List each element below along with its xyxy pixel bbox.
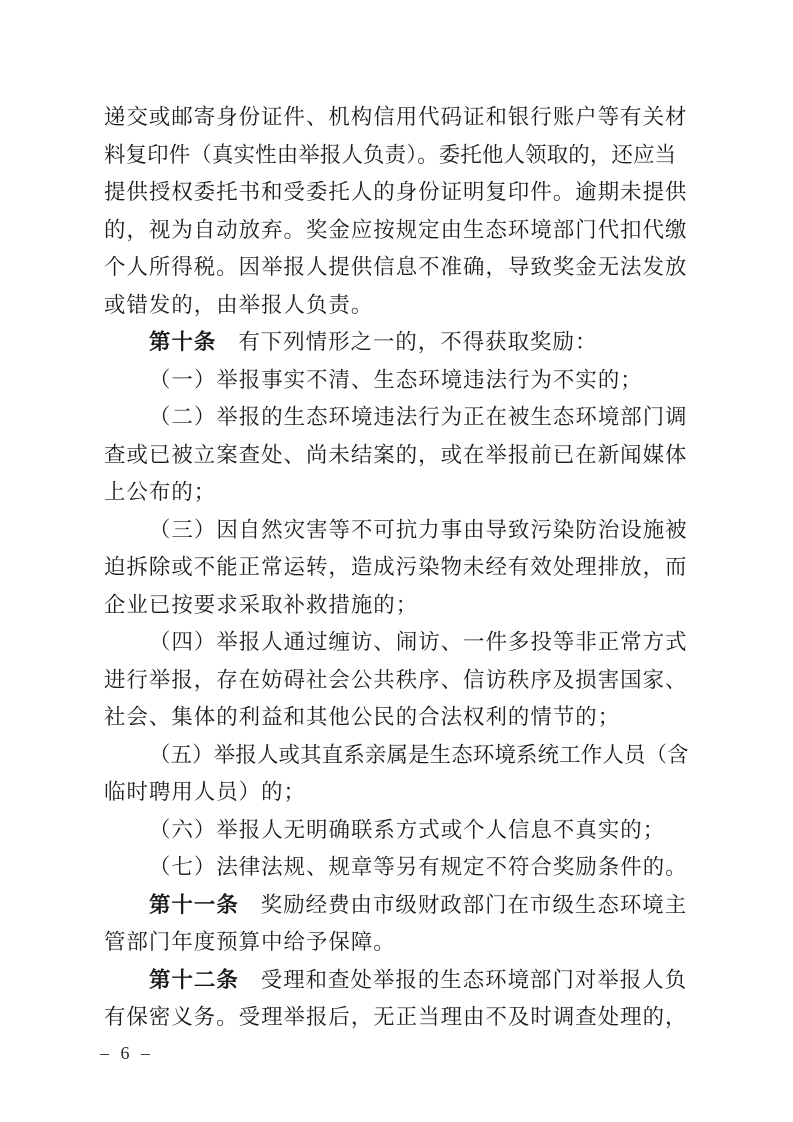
document-line: （一）举报事实不清、生态环境违法行为不实的； <box>104 362 704 400</box>
text-segment: 料复印件（真实性由举报人负责）。委托他人领取的，还应当 <box>104 143 676 167</box>
text-segment: 个人所得税。因举报人提供信息不准确，导致奖金无法发放 <box>104 255 687 279</box>
article-number-heading: 第十一条 <box>149 893 239 917</box>
text-segment: 有保密义务。受理举报后，无正当理由不及时调查处理的， <box>104 1005 687 1029</box>
document-line: 的，视为自动放弃。奖金应按规定由生态环境部门代扣代缴 <box>104 212 704 250</box>
document-line: 临时聘用人员）的； <box>104 774 704 812</box>
article-number-heading: 第十条 <box>149 330 216 354</box>
document-line: 进行举报，存在妨碍社会公共秩序、信访秩序及损害国家、 <box>104 662 704 700</box>
text-segment: （五）举报人或其直系亲属是生态环境系统工作人员（含 <box>149 743 689 767</box>
text-segment: 迫拆除或不能正常运转，造成污染物未经有效处理排放，而 <box>104 555 687 579</box>
text-segment: 社会、集体的利益和其他公民的合法权利的情节的； <box>104 705 620 729</box>
text-segment: 有下列情形之一的，不得获取奖励： <box>238 330 597 354</box>
text-segment: 临时聘用人员）的； <box>104 780 306 804</box>
document-line: 或错发的，由举报人负责。 <box>104 287 704 325</box>
document-line: 企业已按要求采取补救措施的； <box>104 587 704 625</box>
text-segment: （七）法律法规、规章等另有规定不符合奖励条件的。 <box>149 855 688 879</box>
document-line: 递交或邮寄身份证件、机构信用代码证和银行账户等有关材 <box>104 99 704 137</box>
document-line: （七）法律法规、规章等另有规定不符合奖励条件的。 <box>104 849 704 887</box>
document-line: （五）举报人或其直系亲属是生态环境系统工作人员（含 <box>104 737 704 775</box>
document-line: 提供授权委托书和受委托人的身份证明复印件。逾期未提供 <box>104 174 704 212</box>
document-line: 社会、集体的利益和其他公民的合法权利的情节的； <box>104 699 704 737</box>
text-segment: （二）举报的生态环境违法行为正在被生态环境部门调 <box>149 405 688 429</box>
document-line: 第十条有下列情形之一的，不得获取奖励： <box>104 324 704 362</box>
document-line: （三）因自然灾害等不可抗力事由导致污染防治设施被 <box>104 512 704 550</box>
document-line: 有保密义务。受理举报后，无正当理由不及时调查处理的， <box>104 999 704 1037</box>
document-line: （六）举报人无明确联系方式或个人信息不真实的； <box>104 812 704 850</box>
document-line: 第十一条奖励经费由市级财政部门在市级生态环境主 <box>104 887 704 925</box>
text-segment: （六）举报人无明确联系方式或个人信息不真实的； <box>149 818 665 842</box>
text-segment: 递交或邮寄身份证件、机构信用代码证和银行账户等有关材 <box>104 105 687 129</box>
text-segment: 提供授权委托书和受委托人的身份证明复印件。逾期未提供 <box>104 180 687 204</box>
text-segment: （四）举报人通过缠访、闹访、一件多投等非正常方式 <box>149 630 688 654</box>
text-segment: 或错发的，由举报人负责。 <box>104 293 373 317</box>
document-line: （四）举报人通过缠访、闹访、一件多投等非正常方式 <box>104 624 704 662</box>
text-segment: （一）举报事实不清、生态环境违法行为不实的； <box>149 368 643 392</box>
document-line: 查或已被立案查处、尚未结案的，或在举报前已在新闻媒体 <box>104 437 704 475</box>
page-number: – 6 – <box>100 1041 154 1065</box>
document-page: 递交或邮寄身份证件、机构信用代码证和银行账户等有关材料复印件（真实性由举报人负责… <box>0 0 793 1122</box>
document-line: 料复印件（真实性由举报人负责）。委托他人领取的，还应当 <box>104 137 704 175</box>
text-segment: 上公布的； <box>104 480 216 504</box>
document-line: （二）举报的生态环境违法行为正在被生态环境部门调 <box>104 399 704 437</box>
document-line: 上公布的； <box>104 474 704 512</box>
text-segment: 受理和查处举报的生态环境部门对举报人负 <box>261 968 687 992</box>
document-line: 迫拆除或不能正常运转，造成污染物未经有效处理排放，而 <box>104 549 704 587</box>
document-line: 管部门年度预算中给予保障。 <box>104 924 704 962</box>
text-segment: 奖励经费由市级财政部门在市级生态环境主 <box>261 893 687 917</box>
text-segment: 的，视为自动放弃。奖金应按规定由生态环境部门代扣代缴 <box>104 218 687 242</box>
text-segment: 企业已按要求采取补救措施的； <box>104 593 418 617</box>
document-line: 第十二条受理和查处举报的生态环境部门对举报人负 <box>104 962 704 1000</box>
text-segment: 进行举报，存在妨碍社会公共秩序、信访秩序及损害国家、 <box>104 668 687 692</box>
text-segment: 查或已被立案查处、尚未结案的，或在举报前已在新闻媒体 <box>104 443 687 467</box>
article-number-heading: 第十二条 <box>149 968 239 992</box>
text-segment: 管部门年度预算中给予保障。 <box>104 930 396 954</box>
document-line: 个人所得税。因举报人提供信息不准确，导致奖金无法发放 <box>104 249 704 287</box>
text-segment: （三）因自然灾害等不可抗力事由导致污染防治设施被 <box>149 518 688 542</box>
document-body: 递交或邮寄身份证件、机构信用代码证和银行账户等有关材料复印件（真实性由举报人负责… <box>104 99 704 1037</box>
